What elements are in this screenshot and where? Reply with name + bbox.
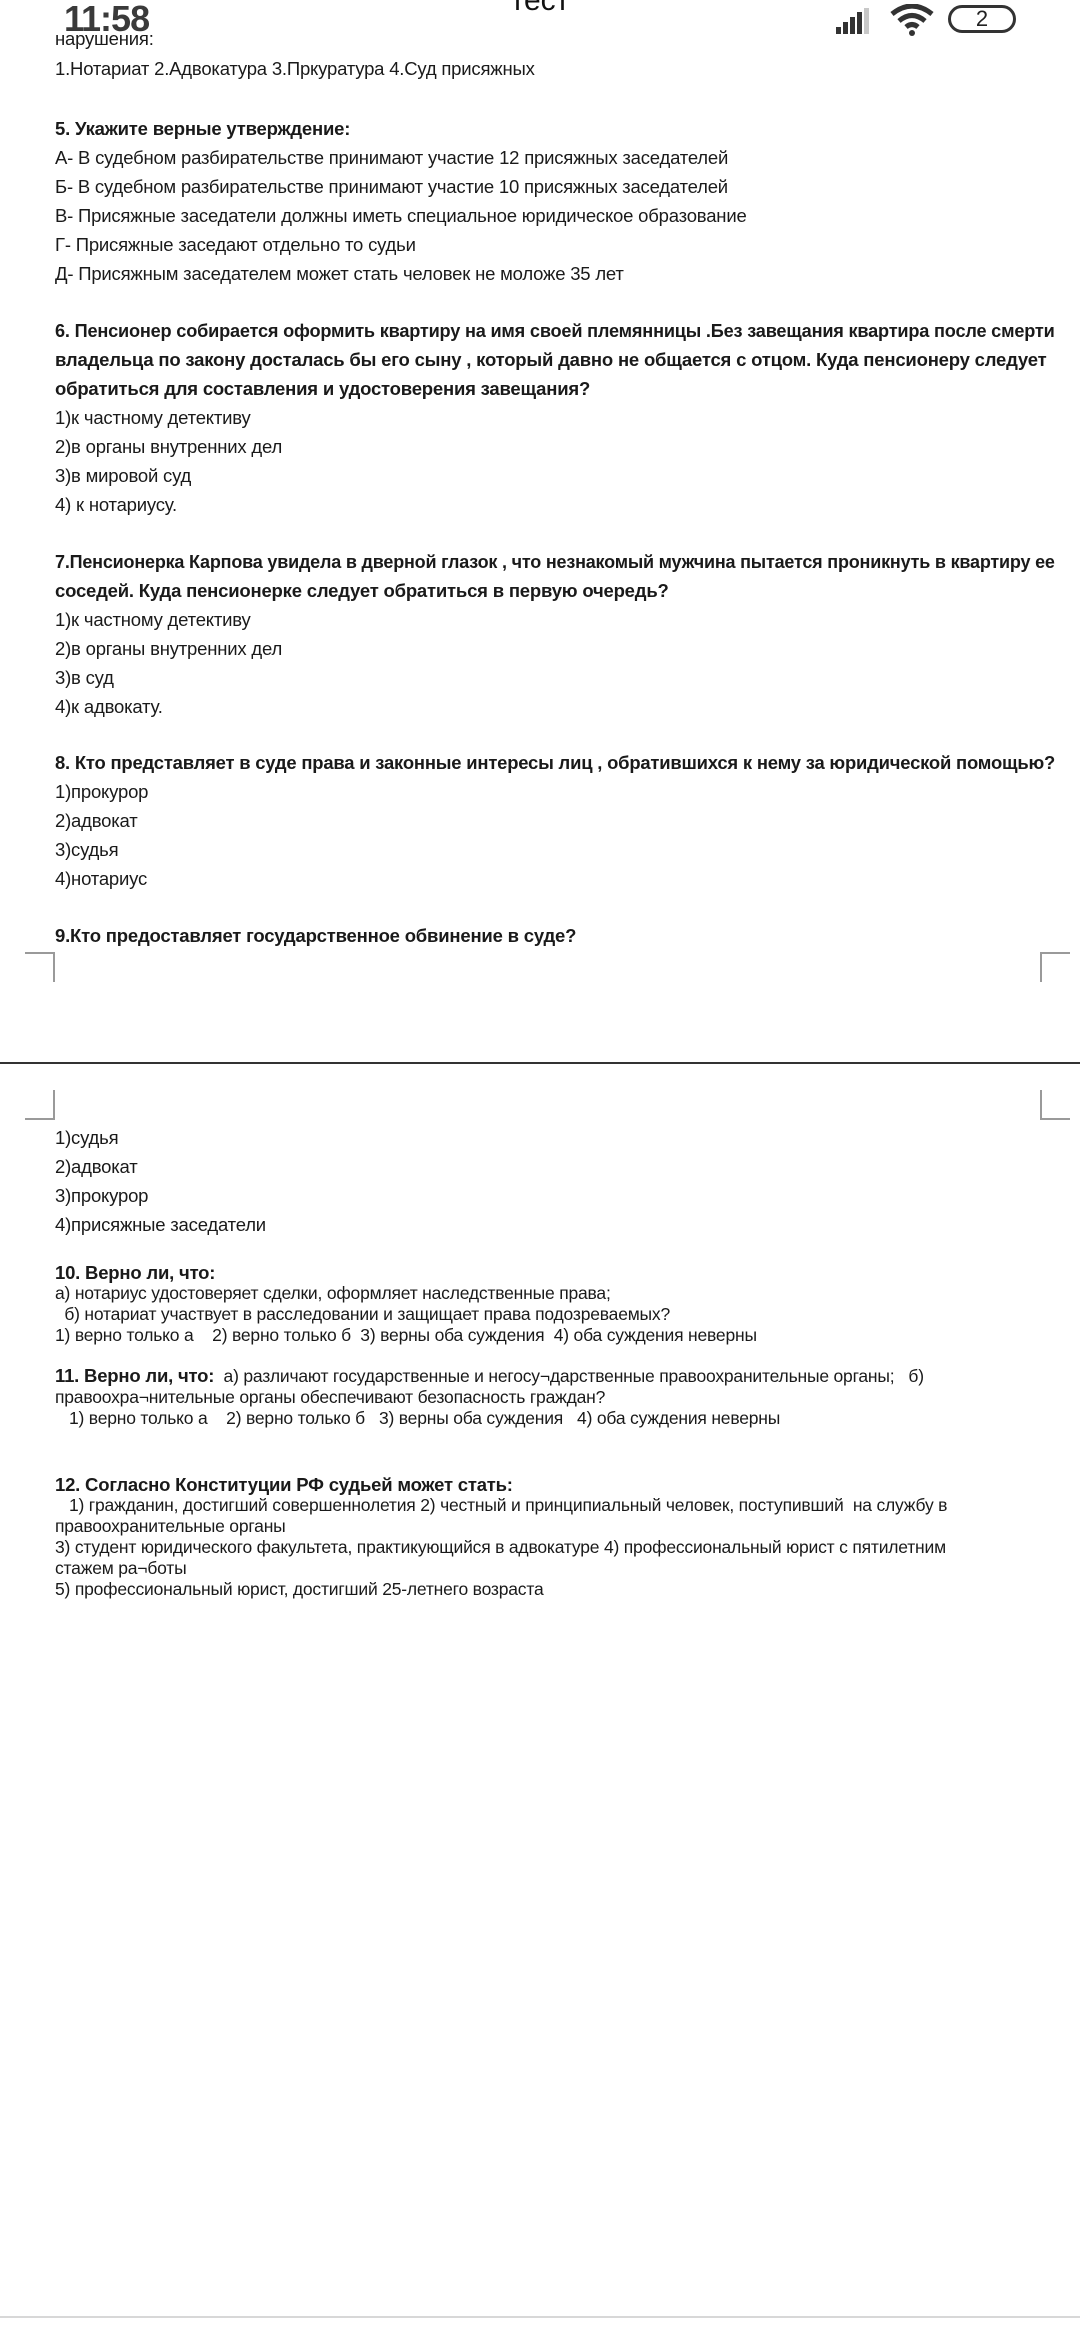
- option: 1)судья: [55, 1123, 1035, 1152]
- page-bottom-divider: [0, 2316, 1080, 2318]
- question-title: 12. Согласно Конституции РФ судьей может…: [55, 1474, 1035, 1495]
- question-12: 12. Согласно Конституции РФ судьей может…: [55, 1474, 1035, 1600]
- statement: а) различают государственные и негосу¬да…: [214, 1366, 924, 1386]
- answer-options: 1) верно только а 2) верно только б 3) в…: [55, 1408, 1035, 1429]
- option: 2)адвокат: [55, 806, 1035, 835]
- question-7: 7.Пенсионерка Карпова увидела в дверной …: [55, 547, 1035, 721]
- answer-option: 3) студент юридического факультета, прак…: [55, 1537, 1035, 1558]
- answer-option: правоохранительные органы: [55, 1516, 1035, 1537]
- question-title: соседей. Куда пенсионерке следует обрати…: [55, 576, 1035, 605]
- options-line: 1.Нотариат 2.Адвокатура 3.Пркуратура 4.С…: [55, 54, 1035, 83]
- wifi-icon: [890, 4, 934, 36]
- option: 2)в органы внутренних дел: [55, 432, 1035, 461]
- question-8: 8. Кто представляет в суде права и закон…: [55, 748, 1035, 893]
- option: 3)в мировой суд: [55, 461, 1035, 490]
- option: 4) к нотариусу.: [55, 490, 1035, 519]
- question-title: 8. Кто представляет в суде права и закон…: [55, 748, 1031, 777]
- page-break-divider: [0, 1062, 1080, 1064]
- question-9-options: 1)судья 2)адвокат 3)прокурор 4)присяжные…: [55, 1123, 1035, 1239]
- question-9-title: 9.Кто предоставляет государственное обви…: [55, 921, 1035, 950]
- option: Д- Присяжным заседателем может стать чел…: [55, 259, 1035, 288]
- battery-icon: 2: [948, 5, 1016, 33]
- statement: правоохра¬нительные органы обеспечивают …: [55, 1387, 1035, 1408]
- answer-options: 1) верно только а 2) верно только б 3) в…: [55, 1325, 1035, 1346]
- page-corner-mark: [1040, 952, 1070, 982]
- question-title: 7.Пенсионерка Карпова увидела в дверной …: [55, 547, 1008, 576]
- question-title: 9.Кто предоставляет государственное обви…: [55, 921, 1035, 950]
- question-title: обратиться для составления и удостоверен…: [55, 374, 1035, 403]
- status-bar: тест 11:58 2: [0, 0, 1080, 40]
- answer-option: 1) гражданин, достигший совершеннолетия …: [55, 1495, 1035, 1516]
- answer-option: стажем ра¬боты: [55, 1558, 1035, 1579]
- answer-option: 5) профессиональный юрист, достигший 25-…: [55, 1579, 1035, 1600]
- question-title: 5. Укажите верные утверждение:: [55, 114, 1035, 143]
- option: А- В судебном разбирательстве принимают …: [55, 143, 1035, 172]
- option: 1)прокурор: [55, 777, 1035, 806]
- option: 3)судья: [55, 835, 1035, 864]
- option: Б- В судебном разбирательстве принимают …: [55, 172, 1035, 201]
- option: 4)к адвокату.: [55, 692, 1035, 721]
- clock: 11:58: [64, 0, 149, 38]
- option: 1)к частному детективу: [55, 403, 1035, 432]
- question-5: 5. Укажите верные утверждение: А- В суде…: [55, 114, 1035, 288]
- option: 1)к частному детективу: [55, 605, 1035, 634]
- option: 3)в суд: [55, 663, 1035, 692]
- page-corner-mark: [25, 1090, 55, 1120]
- option: 4)присяжные заседатели: [55, 1210, 1035, 1239]
- question-6: 6. Пенсионер собирается оформить квартир…: [55, 316, 1035, 519]
- option: 2)в органы внутренних дел: [55, 634, 1035, 663]
- signal-bars-icon: [836, 8, 872, 34]
- page-corner-mark: [1040, 1090, 1070, 1120]
- page-corner-mark: [25, 952, 55, 982]
- question-10: 10. Верно ли, что: а) нотариус удостовер…: [55, 1262, 1035, 1346]
- statement: а) нотариус удостоверяет сделки, оформля…: [55, 1283, 1035, 1304]
- option: В- Присяжные заседатели должны иметь спе…: [55, 201, 1035, 230]
- option: 2)адвокат: [55, 1152, 1035, 1181]
- question-title: владельца по закону досталась бы его сын…: [55, 345, 1035, 374]
- statement: б) нотариат участвует в расследовании и …: [55, 1304, 1035, 1325]
- question-11: 11. Верно ли, что: а) различают государс…: [55, 1365, 1035, 1429]
- option: 3)прокурор: [55, 1181, 1035, 1210]
- question-title: 11. Верно ли, что:: [55, 1365, 214, 1386]
- question-title: 10. Верно ли, что:: [55, 1262, 1035, 1283]
- option: Г- Присяжные заседают отдельно то судьи: [55, 230, 1035, 259]
- question-title: 6. Пенсионер собирается оформить квартир…: [55, 316, 1017, 345]
- option: 4)нотариус: [55, 864, 1035, 893]
